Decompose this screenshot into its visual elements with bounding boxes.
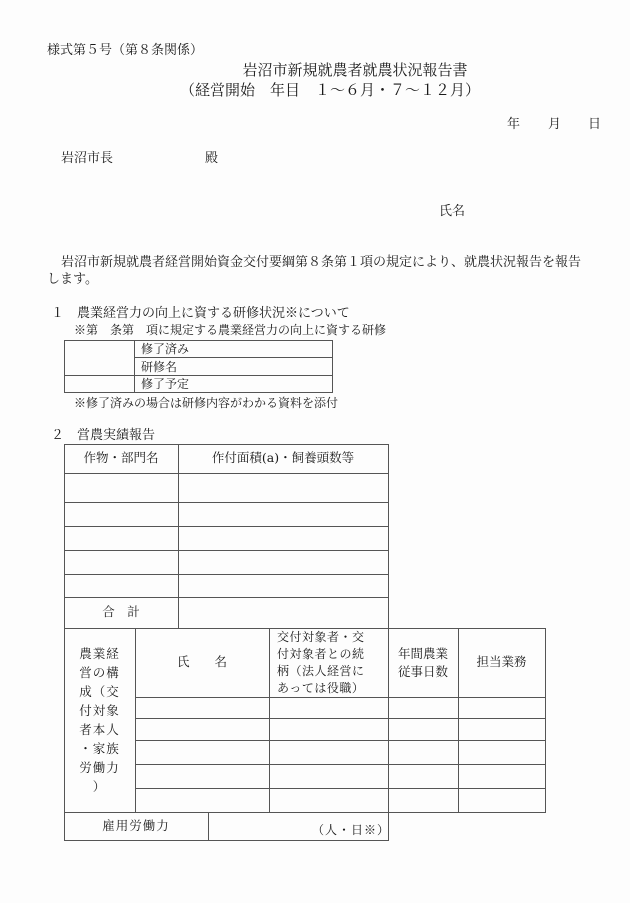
date-month-label: 月	[548, 118, 561, 131]
crop-row-4-area[interactable]	[179, 551, 388, 574]
labor-row-4-days[interactable]	[389, 765, 458, 788]
page-subtitle: （経営開始 年目 １～６月・７～１２月）	[0, 83, 630, 98]
labor-row-1-duty[interactable]	[459, 698, 545, 718]
labor-row-1-name[interactable]	[136, 698, 269, 718]
labor-row-1-days[interactable]	[389, 698, 458, 718]
intro-text-line1: 岩沼市新規就農者経営開始資金交付要綱第８条第１項の規定により、就農状況報告を報告	[61, 256, 581, 269]
labor-row-4-duty[interactable]	[459, 765, 545, 788]
relation-line: 交付対象者・交	[277, 629, 365, 646]
date-day-label: 日	[588, 118, 601, 131]
training-planned-label: 修了予定	[141, 378, 189, 390]
relation-line: 柄（法人経営に	[277, 663, 365, 680]
labor-row-3-name[interactable]	[136, 741, 269, 764]
labor-row-5-name[interactable]	[136, 789, 269, 812]
labor-row-2-name[interactable]	[136, 719, 269, 740]
relation-line: 付対象者との続	[277, 646, 365, 663]
labor-row-3-duty[interactable]	[459, 741, 545, 764]
crop-row-5-area[interactable]	[179, 575, 388, 597]
side-line: ・家族	[79, 739, 120, 758]
crop-row-3-name[interactable]	[65, 527, 178, 550]
labor-row-4-relation[interactable]	[270, 765, 388, 788]
labor-row-5-duty[interactable]	[459, 789, 545, 812]
intro-text-line2: します。	[47, 273, 98, 286]
training-completed-label: 修了済み	[141, 343, 189, 355]
days-line: 年間農業	[398, 645, 448, 663]
side-line: 営の構	[79, 663, 120, 682]
crop-total-label: 合 計	[64, 597, 178, 628]
crop-row-4-name[interactable]	[65, 551, 178, 574]
labor-row-5-relation[interactable]	[270, 789, 388, 812]
side-line: 労働力	[79, 758, 120, 777]
side-line: ）	[93, 777, 107, 796]
addressee-name: 岩沼市長	[61, 152, 113, 165]
section1-note-bottom: ※修了済みの場合は研修内容がわかる資料を添付	[74, 397, 338, 409]
training-planned-check[interactable]	[65, 376, 134, 392]
crop-row-1-area[interactable]	[179, 474, 388, 502]
labor-header-days: 年間農業 従事日数	[388, 628, 458, 697]
form-number: 様式第５号（第８条関係）	[47, 44, 203, 57]
labor-row-4-name[interactable]	[136, 765, 269, 788]
crop-header-area: 作付面積(a)・飼養頭数等	[178, 444, 388, 473]
crop-total-value[interactable]	[179, 598, 388, 628]
crop-row-5-name[interactable]	[65, 575, 178, 597]
section2-heading: ２ 営農実績報告	[51, 429, 155, 442]
page-title: 岩沼市新規就農者就農状況報告書	[0, 63, 630, 78]
labor-header-duty: 担当業務	[458, 628, 545, 697]
labor-row-3-relation[interactable]	[270, 741, 388, 764]
section1-heading: １ 農業経営力の向上に資する研修状況※について	[51, 307, 350, 320]
days-line: 従事日数	[398, 663, 448, 681]
labor-row-1-relation[interactable]	[270, 698, 388, 718]
training-name-label: 研修名	[141, 361, 177, 373]
applicant-name-label: 氏名	[439, 205, 465, 218]
side-line: 付対象	[79, 701, 120, 720]
labor-row-2-days[interactable]	[389, 719, 458, 740]
crop-header-name: 作物・部門名	[64, 444, 178, 473]
crop-row-3-area[interactable]	[179, 527, 388, 550]
date-year-label: 年	[507, 118, 520, 131]
crop-row-2-name[interactable]	[65, 503, 178, 526]
side-line: 者本人	[79, 720, 120, 739]
labor-side-label: 農業経 営の構 成（交 付対象 者本人 ・家族 労働力 ）	[64, 628, 135, 812]
crop-row-1-name[interactable]	[65, 474, 178, 502]
labor-header-relation: 交付対象者・交 付対象者との続 柄（法人経営に あっては役職）	[269, 628, 388, 697]
labor-row-2-relation[interactable]	[270, 719, 388, 740]
labor-row-3-days[interactable]	[389, 741, 458, 764]
labor-header-name: 氏 名	[135, 628, 269, 697]
addressee-honorific: 殿	[205, 152, 218, 165]
side-line: 成（交	[79, 682, 120, 701]
labor-row-5-days[interactable]	[389, 789, 458, 812]
crop-row-2-area[interactable]	[179, 503, 388, 526]
side-line: 農業経	[79, 644, 120, 663]
hired-labor-unit: （人・日※）	[312, 824, 390, 836]
relation-line: あっては役職）	[277, 680, 364, 697]
labor-row-2-duty[interactable]	[459, 719, 545, 740]
section1-note-top: ※第 条第 項に規定する農業経営力の向上に資する研修	[74, 324, 386, 336]
training-completed-check[interactable]	[65, 341, 134, 375]
hired-labor-label: 雇用労働力	[64, 812, 208, 840]
